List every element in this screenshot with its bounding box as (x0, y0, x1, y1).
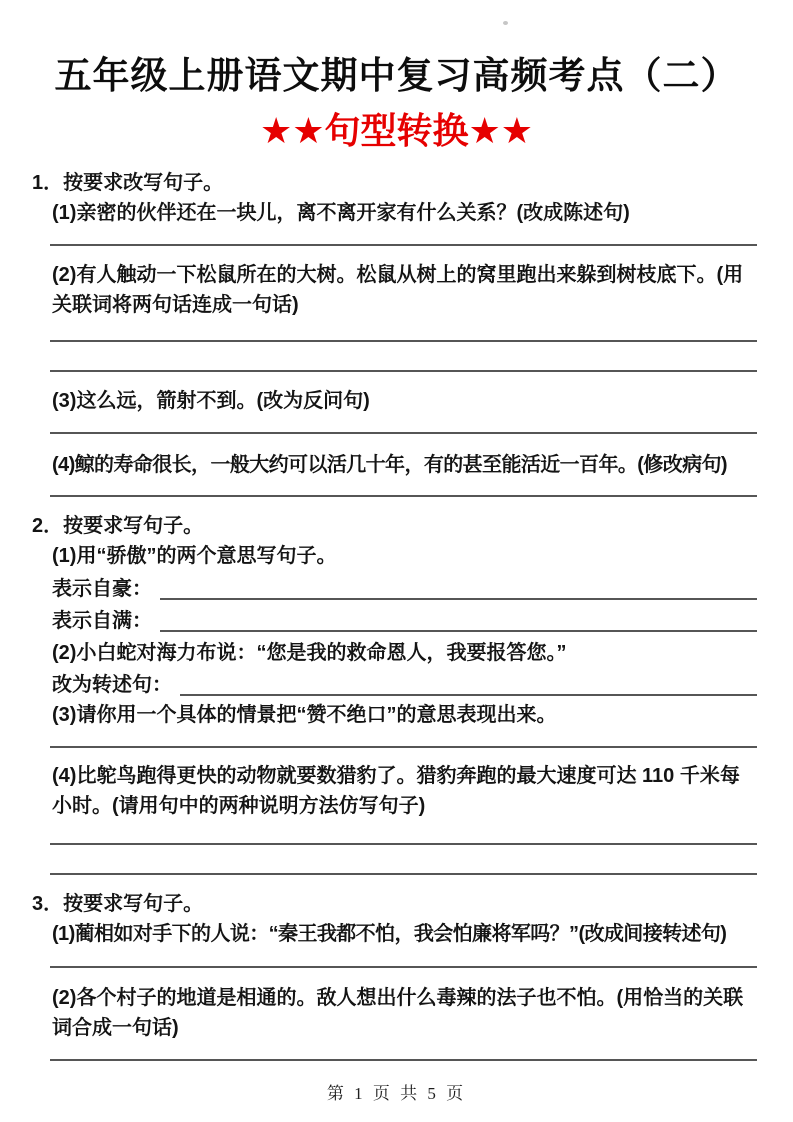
answer-line (50, 843, 757, 845)
answer-line (50, 966, 757, 968)
answer-blank (160, 606, 757, 632)
question-1-item-2: (2)有人触动一下松鼠所在的大树。松鼠从树上的窝里跑出来躲到树枝底下。(用关联词… (32, 260, 757, 320)
page-title: 五年级上册语文期中复习高频考点（二） (10, 52, 783, 100)
answer-line (50, 340, 757, 342)
answer-line (50, 495, 757, 497)
answer-line (50, 1059, 757, 1061)
blank-label-retell: 改为转述句： (52, 670, 172, 700)
answer-line (50, 432, 757, 434)
question-3-item-1: (1)蔺相如对手下的人说：“秦王我都不怕，我会怕廉将军吗？”(改成间接转述句) (32, 919, 757, 949)
page-number-indicator: 第 1 页 共 5 页 (0, 1079, 793, 1104)
blank-label-zihao: 表示自豪： (52, 574, 152, 604)
blank-row-pride: 表示自豪： (32, 574, 757, 604)
blank-row-retell: 改为转述句： (32, 670, 757, 700)
answer-blank (160, 574, 757, 600)
worksheet-page: 五年级上册语文期中复习高频考点（二） ★★句型转换★★ 1．按要求改写句子。 (… (0, 0, 793, 1122)
answer-line (50, 370, 757, 372)
question-2-heading: 2．按要求写句子。 (32, 511, 757, 541)
question-2-item-4: (4)比鸵鸟跑得更快的动物就要数猎豹了。猎豹奔跑的最大速度可达 110 千米每小… (32, 761, 757, 821)
question-1-item-3: (3)这么远，箭射不到。(改为反问句) (32, 386, 757, 416)
question-1-item-1: (1)亲密的伙伴还在一块儿，离不离开家有什么关系？(改成陈述句) (32, 198, 757, 228)
blank-row-conceit: 表示自满： (32, 606, 757, 636)
answer-line (50, 746, 757, 748)
answer-line (50, 873, 757, 875)
question-2-item-3: (3)请你用一个具体的情景把“赞不绝口”的意思表现出来。 (32, 700, 757, 730)
scan-artifact-mark (503, 21, 508, 25)
worksheet-body: 1．按要求改写句子。 (1)亲密的伙伴还在一块儿，离不离开家有什么关系？(改成陈… (0, 168, 793, 1061)
question-1-heading: 1．按要求改写句子。 (32, 168, 757, 198)
question-2-item-2: (2)小白蛇对海力布说：“您是我的救命恩人，我要报答您。” (32, 638, 757, 668)
question-3-heading: 3．按要求写句子。 (32, 889, 757, 919)
answer-blank (180, 670, 757, 696)
question-1-item-4: (4)鲸的寿命很长，一般大约可以活几十年，有的甚至能活近一百年。(修改病句) (32, 450, 757, 480)
question-2-item-1: (1)用“骄傲”的两个意思写句子。 (32, 541, 757, 571)
section-heading: ★★句型转换★★ (0, 108, 793, 154)
question-3-item-2: (2)各个村子的地道是相通的。敌人想出什么毒辣的法子也不怕。(用恰当的关联词合成… (32, 983, 757, 1043)
blank-label-ziman: 表示自满： (52, 606, 152, 636)
answer-line (50, 244, 757, 246)
